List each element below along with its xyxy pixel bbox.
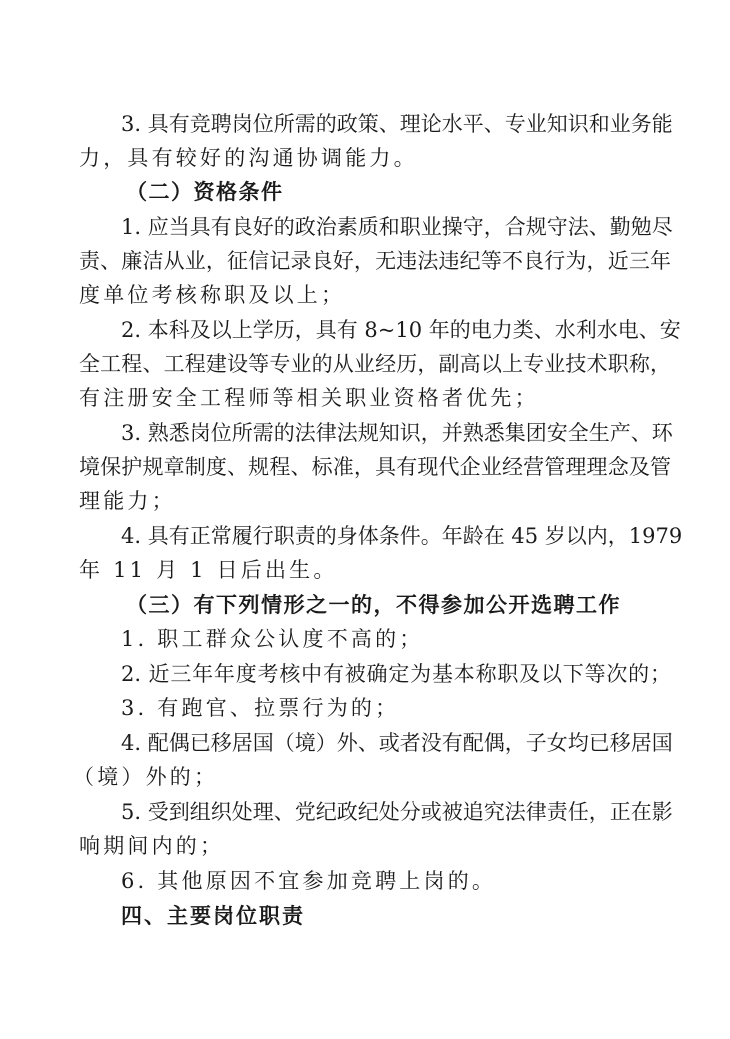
condition-item-4-line-2: 年 11 月 1 日后出生。	[79, 553, 338, 587]
section-heading-eligibility-conditions: （二）资格条件	[126, 175, 284, 209]
disqualification-item-3: 3. 有跑官、拉票行为的；	[121, 691, 399, 725]
condition-item-4-line-1: 4. 具有正常履行职责的身体条件。年龄在 45 岁以内，1979	[121, 519, 671, 553]
disqualification-item-6: 6. 其他原因不宜参加竞聘上岗的。	[121, 864, 496, 898]
condition-item-3-line-1: 3. 熟悉岗位所需的法律法规知识，并熟悉集团安全生产、环	[121, 416, 671, 450]
disqualification-item-2: 2. 近三年年度考核中有被确定为基本称职及以下等次的；	[121, 657, 671, 691]
section-heading-main-duties: 四、主要岗位职责	[121, 899, 305, 933]
condition-item-2-line-2: 全工程、工程建设等专业的从业经历，副高以上专业技术职称，	[79, 347, 671, 381]
condition-item-2-line-1: 2. 本科及以上学历，具有 8~10 年的电力类、水利水电、安	[121, 313, 671, 347]
disqualification-item-5-line-2: 响期间内的；	[79, 829, 224, 863]
condition-item-1-line-2: 责、廉洁从业，征信记录良好，无违法违纪等不良行为，近三年	[79, 244, 671, 278]
qualification-item-3-line-2: 力，具有较好的沟通协调能力。	[79, 141, 418, 175]
qualification-item-3-line-1: 3. 具有竞聘岗位所需的政策、理论水平、专业知识和业务能	[121, 107, 671, 141]
disqualification-item-4-line-1: 4. 配偶已移居国（境）外、或者没有配偶，子女均已移居国	[121, 726, 671, 760]
section-heading-disqualifications: （三）有下列情形之一的，不得参加公开选聘工作	[126, 588, 621, 622]
disqualification-item-5-line-1: 5. 受到组织处理、党纪政纪处分或被追究法律责任，正在影	[121, 795, 671, 829]
condition-item-1-line-1: 1. 应当具有良好的政治素质和职业操守，合规守法、勤勉尽	[121, 210, 671, 244]
condition-item-3-line-2: 境保护规章制度、规程、标准，具有现代企业经营管理理念及管	[79, 450, 671, 484]
document-page: 3. 具有竞聘岗位所需的政策、理论水平、专业知识和业务能 力，具有较好的沟通协调…	[0, 0, 730, 1039]
condition-item-1-line-3: 度单位考核称职及以上；	[79, 278, 345, 312]
condition-item-3-line-3: 理能力；	[79, 484, 176, 518]
disqualification-item-1: 1. 职工群众公认度不高的；	[121, 622, 424, 656]
disqualification-item-4-line-2: （境）外的；	[73, 760, 218, 794]
condition-item-2-line-3: 有注册安全工程师等相关职业资格者优先；	[79, 381, 539, 415]
